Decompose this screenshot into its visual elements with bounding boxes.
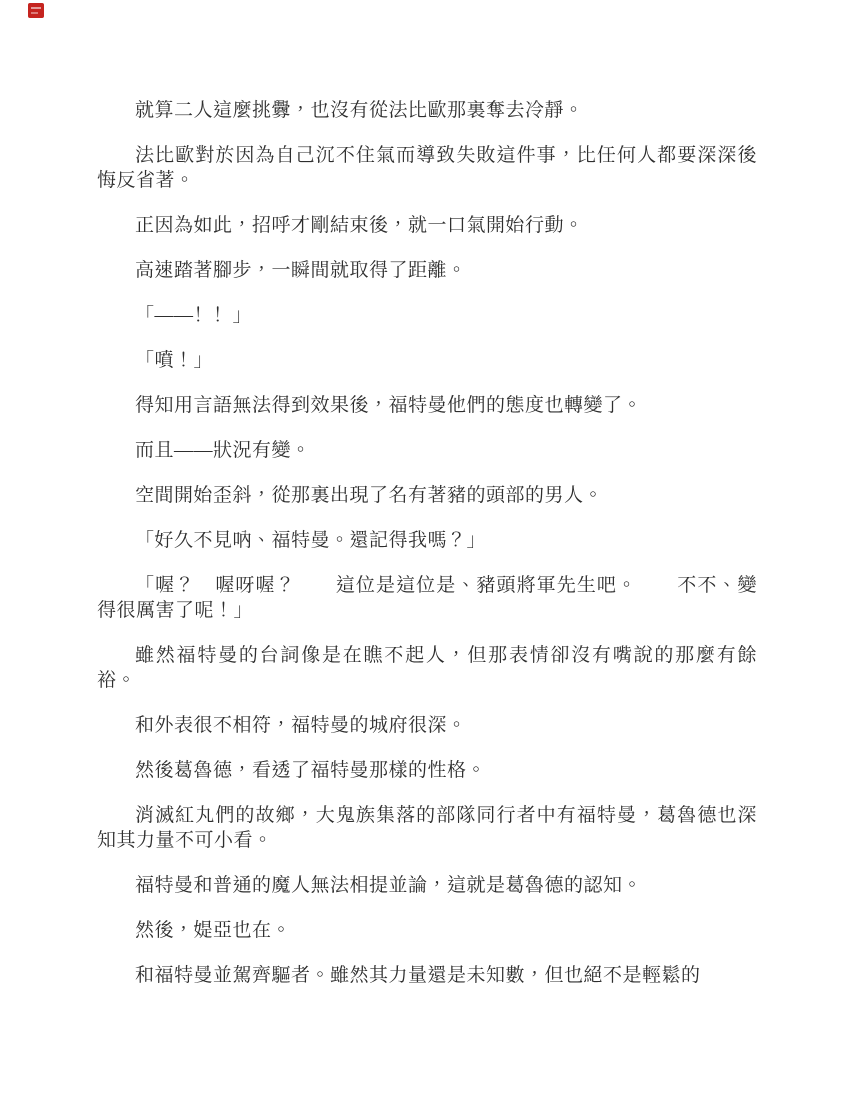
paragraph: 「喔？ 喔呀喔？ 這位是這位是、豬頭將軍先生吧。 不不、變得很厲害了呢！」 [97,573,757,623]
paragraph: 「——！！」 [97,303,757,328]
paragraph: 高速踏著腳步，一瞬間就取得了距離。 [97,258,757,283]
paragraph: 「噴！」 [97,348,757,373]
paragraph: 福特曼和普通的魔人無法相提並論，這就是葛魯德的認知。 [97,873,757,898]
text-content: 就算二人這麼挑釁，也沒有從法比歐那裏奪去冷靜。 法比歐對於因為自己沉不住氣而導致… [97,98,757,1008]
paragraph: 雖然福特曼的台詞像是在瞧不起人，但那表情卻沒有嘴說的那麼有餘裕。 [97,643,757,693]
paragraph: 然後，媞亞也在。 [97,918,757,943]
document-page: 就算二人這麼挑釁，也沒有從法比歐那裏奪去冷靜。 法比歐對於因為自己沉不住氣而導致… [0,0,850,1100]
red-stamp-icon [28,3,44,18]
paragraph: 和福特曼並駕齊驅者。雖然其力量還是未知數，但也絕不是輕鬆的 [97,963,757,988]
paragraph: 和外表很不相符，福特曼的城府很深。 [97,713,757,738]
paragraph: 空間開始歪斜，從那裏出現了名有著豬的頭部的男人。 [97,483,757,508]
paragraph: 「好久不見吶、福特曼。還記得我嗎？」 [97,528,757,553]
paragraph: 就算二人這麼挑釁，也沒有從法比歐那裏奪去冷靜。 [97,98,757,123]
paragraph: 消滅紅丸們的故鄉，大鬼族集落的部隊同行者中有福特曼，葛魯德也深知其力量不可小看。 [97,803,757,853]
paragraph: 然後葛魯德，看透了福特曼那樣的性格。 [97,758,757,783]
paragraph: 而且——狀況有變。 [97,438,757,463]
paragraph: 正因為如此，招呼才剛結束後，就一口氣開始行動。 [97,213,757,238]
paragraph: 得知用言語無法得到效果後，福特曼他們的態度也轉變了。 [97,393,757,418]
paragraph: 法比歐對於因為自己沉不住氣而導致失敗這件事，比任何人都要深深後悔反省著。 [97,143,757,193]
